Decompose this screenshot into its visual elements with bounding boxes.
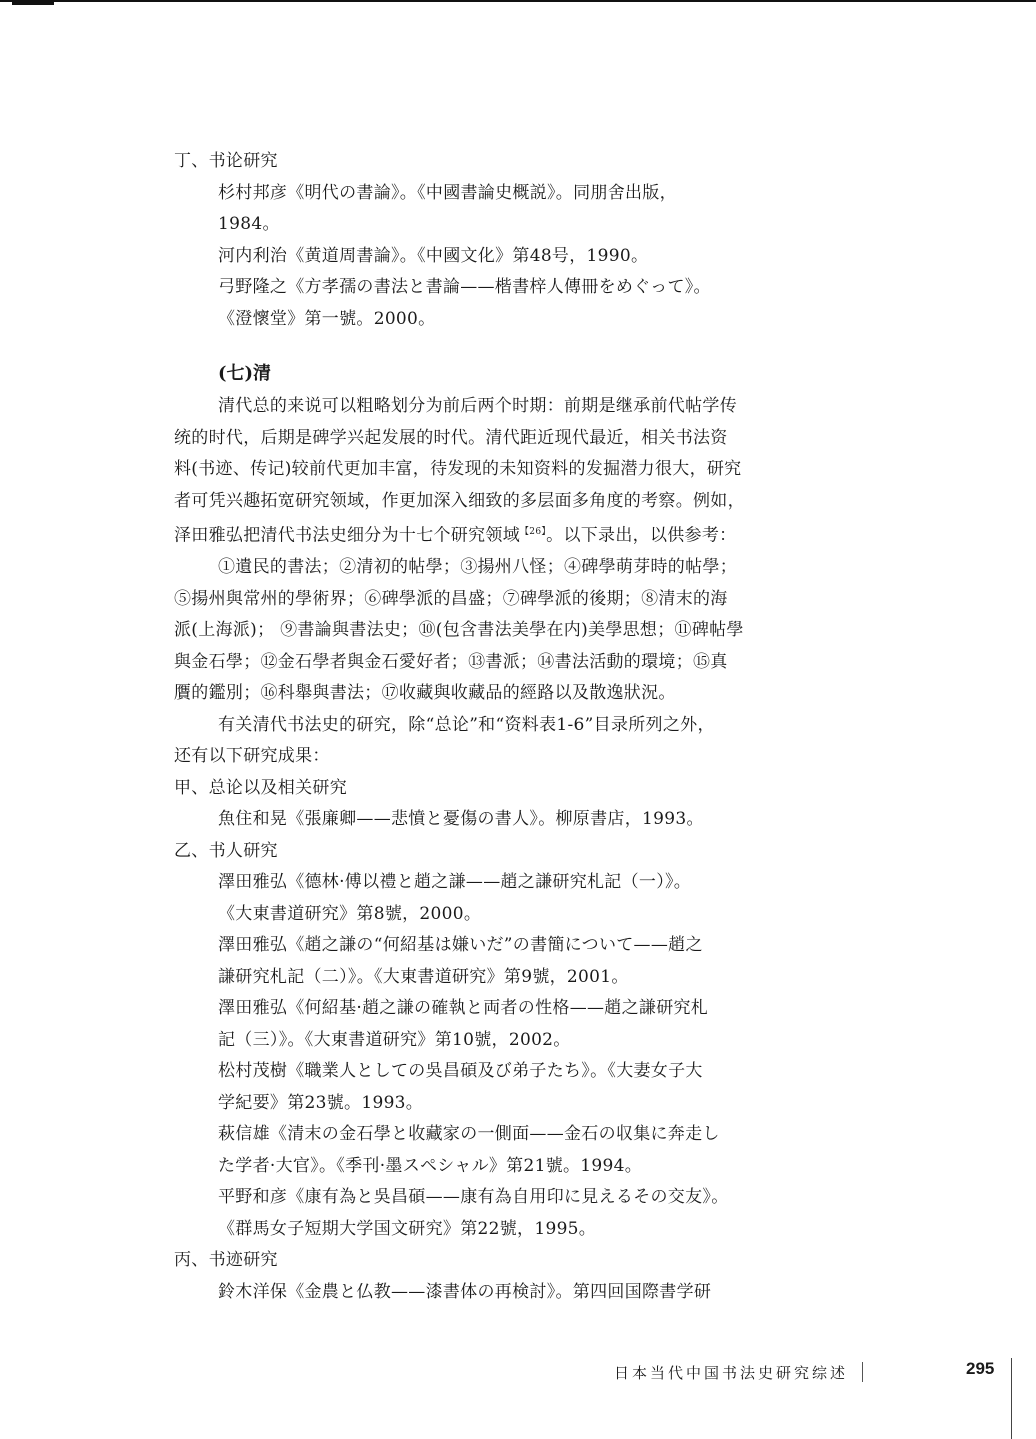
category-heading: 丙、书迹研究 — [174, 1245, 864, 1277]
bib-entry-line: 《群馬女子短期大学国文研究》第22號，1995。 — [174, 1214, 864, 1246]
paragraph-line: 有关清代书法史的研究，除“总论”和“资料表1-6”目录所列之外， — [174, 710, 864, 742]
bib-entry-line: 松村茂樹《職業人としての吳昌碩及び弟子たち》。《大妻女子大 — [174, 1056, 864, 1088]
paragraph-line: 料(书迹、传记)较前代更加丰富，待发现的未知资料的发掘潜力很大，研究 — [174, 454, 864, 486]
bib-entry-line: 鈴木洋保《金農と仏教——漆書体の再検討》。第四回国際書学研 — [174, 1277, 864, 1309]
intro-paragraph: 清代总的来说可以粗略划分为前后两个时期：前期是继承前代帖学传 统的时代，后期是碑… — [174, 391, 864, 552]
paragraph-line: ⑤揚州與常州的學術界；⑥碑學派的昌盛；⑦碑學派的後期；⑧清末的海 — [174, 584, 864, 616]
paragraph-line: 统的时代，后期是碑学兴起发展的时代。清代距近现代最近，相关书法资 — [174, 423, 864, 455]
bib-entry-line: 魚住和晃《張廉卿——悲憤と憂傷の書人》。柳原書店，1993。 — [174, 804, 864, 836]
page-body: 丁、书论研究 杉村邦彦《明代の書論》。《中國書論史概説》。同朋舍出版， 1984… — [174, 146, 864, 1308]
paragraph-line: 與金石學；⑫金石學者與金石愛好者；⑬書派；⑭書法活動的環境；⑮真 — [174, 647, 864, 679]
footer-divider — [862, 1362, 863, 1382]
paragraph-text: 。以下录出，以供参考： — [546, 526, 736, 546]
bib-entry-line: 記（三）》。《大東書道研究》第10號，2002。 — [174, 1025, 864, 1057]
bib-entry-line: 1984。 — [174, 209, 864, 241]
bib-entry-line: 《澄懷堂》第一號。2000。 — [174, 304, 864, 336]
category-heading: 甲、总论以及相关研究 — [174, 773, 864, 805]
category-heading: 丁、书论研究 — [174, 146, 864, 178]
category-heading: 乙、书人研究 — [174, 836, 864, 868]
page-number: 295 — [966, 1359, 994, 1379]
paragraph-text: 泽田雅弘把清代书法史细分为十七个研究领域 — [174, 526, 520, 546]
top-rule — [0, 0, 1036, 2]
footnote-reference[interactable]: 【26】 — [520, 527, 546, 537]
page-edge-line — [1011, 1358, 1012, 1439]
bib-entry-line: 学紀要》第23號。1993。 — [174, 1088, 864, 1120]
top-corner-bar — [12, 0, 54, 5]
bib-entry-line: 澤田雅弘《德林·傅以禮と趙之謙——趙之謙研究札記（一）》。 — [174, 867, 864, 899]
paragraph-line: 贋的鑑別；⑯科舉與書法；⑰收藏與收藏品的經路以及散逸狀況。 — [174, 678, 864, 710]
bib-entry-line: 謙研究札記（二）》。《大東書道研究》第9號，2001。 — [174, 962, 864, 994]
bib-entry-line: 澤田雅弘《趙之謙の“何紹基は嫌いだ”の書簡について——趙之 — [174, 930, 864, 962]
bib-entry-line: 弓野隆之《方孝孺の書法と書論——楷書梓人傳冊をめぐって》。 — [174, 272, 864, 304]
bib-entry-line: 澤田雅弘《何紹基·趙之謙の確執と両者の性格——趙之謙研究札 — [174, 993, 864, 1025]
bib-entry-line: 萩信雄《清末の金石學と收藏家の一側面——金石の収集に奔走し — [174, 1119, 864, 1151]
page-footer: 日本当代中国书法史研究综述 295 — [0, 1362, 1036, 1392]
section-title: (七)清 — [174, 357, 864, 391]
paragraph-line: 者可凭兴趣拓宽研究领域，作更加深入细致的多层面多角度的考察。例如， — [174, 486, 864, 518]
other-research-paragraph: 有关清代书法史的研究，除“总论”和“资料表1-6”目录所列之外， 还有以下研究成… — [174, 710, 864, 773]
fields-paragraph: ①遺民的書法；②清初的帖學；③揚州八怪；④碑學萌芽時的帖學； ⑤揚州與常州的學術… — [174, 552, 864, 710]
running-title: 日本当代中国书法史研究综述 — [614, 1362, 848, 1383]
paragraph-line: 泽田雅弘把清代书法史细分为十七个研究领域【26】。以下录出，以供参考： — [174, 517, 864, 552]
paragraph-line: 派(上海派)； ⑨書論與書法史；⑩(包含書法美學在内)美學思想；⑪碑帖學 — [174, 615, 864, 647]
bib-entry-line: 杉村邦彦《明代の書論》。《中國書論史概説》。同朋舍出版， — [174, 178, 864, 210]
paragraph-line: 清代总的来说可以粗略划分为前后两个时期：前期是继承前代帖学传 — [174, 391, 864, 423]
bib-entry-line: 平野和彦《康有為と吳昌碩——康有為自用印に見えるその交友》。 — [174, 1182, 864, 1214]
bib-entry-line: 河内利治《黄道周書論》。《中國文化》第48号，1990。 — [174, 241, 864, 273]
bib-entry-line: た学者·大官》。《季刊·墨スペシャル》第21號。1994。 — [174, 1151, 864, 1183]
paragraph-line: 还有以下研究成果： — [174, 741, 864, 773]
paragraph-line: ①遺民的書法；②清初的帖學；③揚州八怪；④碑學萌芽時的帖學； — [174, 552, 864, 584]
bib-entry-line: 《大東書道研究》第8號，2000。 — [174, 899, 864, 931]
